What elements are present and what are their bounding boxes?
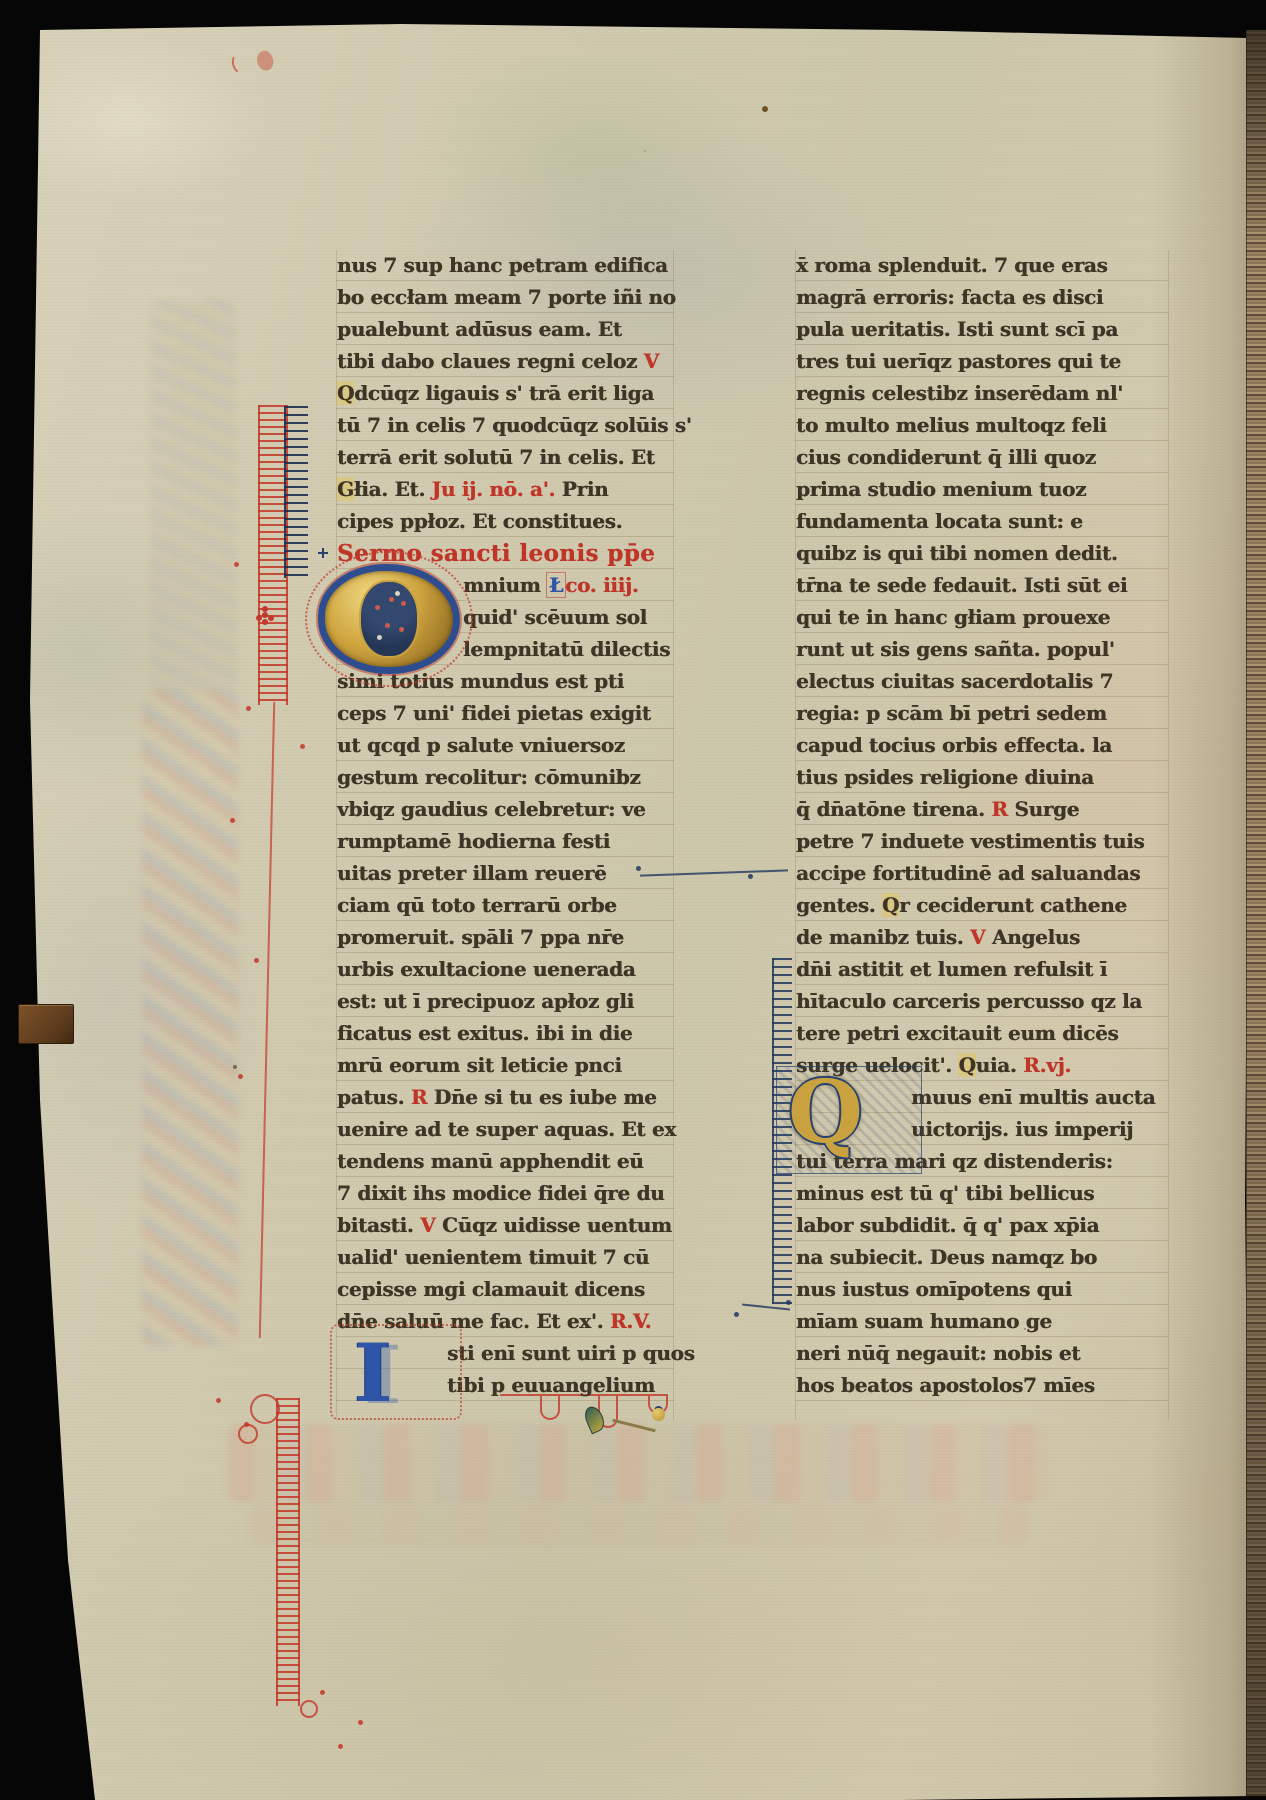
text-run-ink: muus enī multis aucta [911, 1085, 1155, 1109]
text-line: rumptamē hodierna festi [337, 826, 673, 858]
text-run-ink: gestum recolitur: cōmunibz [337, 765, 640, 789]
text-run-ink: mrū eorum sit leticie pnci [337, 1053, 622, 1077]
text-run-ink: bo eccłam meam 7 porte iñi no [337, 285, 676, 309]
red-penwork-flower [262, 612, 268, 618]
text-line: pualebunt adūsus eam. Et [337, 314, 673, 346]
text-run-ink: regia: p scām bī petri sedem [796, 701, 1107, 725]
photo-backdrop: nus 7 sup hanc petram edificabo eccłam m… [0, 0, 1266, 1800]
text-line: ualid' uenientem timuit 7 cū [337, 1242, 673, 1274]
leather-index-tab [18, 1004, 74, 1044]
text-run-ink: bitasti. [337, 1213, 420, 1237]
text-run-ink: fundamenta locata sunt: e [796, 509, 1083, 533]
text-line: nus 7 sup hanc petram edifica [337, 250, 673, 282]
text-line: prima studio menium tuoz [796, 474, 1168, 506]
red-penwork-curl [300, 1700, 318, 1718]
gold-ball-sprig [652, 1408, 665, 1421]
bleedthrough-bottom-border-2 [250, 1505, 1030, 1545]
illuminated-initial-q: Q [786, 1074, 912, 1166]
sprig-stem [612, 1419, 655, 1433]
bleedthrough-bottom-border [228, 1424, 1050, 1502]
text-run-red: V [970, 925, 992, 949]
text-line: runt ut sis gens sañta. popul' [796, 634, 1168, 666]
text-run-ink: ualid' uenientem timuit 7 cū [337, 1245, 649, 1269]
text-run-ink: cepisse mgi clamauit dicens [337, 1277, 645, 1301]
illuminated-initial-o: O [318, 564, 460, 674]
text-line: Qdcūqz ligauis s' trā erit liga [337, 378, 673, 410]
text-line: tibi dabo claues regni celoz V [337, 346, 673, 378]
text-line: est: ut ī precipuoz apłoz gli [337, 986, 673, 1018]
text-run-ink: mnium [463, 573, 547, 597]
text-run-yl: Q [958, 1053, 975, 1077]
text-run-red: R.vj. [1023, 1053, 1071, 1077]
blue-star-mark [318, 548, 328, 558]
text-line: regnis celestibz inserēdam nl' [796, 378, 1168, 410]
text-line: labor subdidit. q̄ q' pax xp̄ia [796, 1210, 1168, 1242]
text-run-ink: dcūqz ligauis s' trā erit liga [354, 381, 654, 405]
text-line: patus. R Dn̄e si tu es iube me [337, 1082, 673, 1114]
text-run-ink: magrā erroris: facta es disci [796, 285, 1103, 309]
text-line: tr̄na te sede fedauit. Isti sūt ei [796, 570, 1168, 602]
text-run-ink: patus. [337, 1085, 411, 1109]
text-run-ink: r ceciderunt cathene [899, 893, 1127, 917]
text-line: magrā erroris: facta es disci [796, 282, 1168, 314]
text-line: cipes ppłoz. Et constitues. [337, 506, 673, 538]
text-run-ink: tius psides religione diuina [796, 765, 1094, 789]
text-run-ink: q̄ dn̄atōne tirena. [796, 797, 991, 821]
text-line: quibz is qui tibi nomen dedit. [796, 538, 1168, 570]
red-penwork-curl [250, 1394, 280, 1424]
initial-letter-q: Q [788, 1062, 863, 1163]
text-line: ficatus est exitus. ibi in die [337, 1018, 673, 1050]
text-run-red: R [411, 1085, 434, 1109]
initial-letter-o: O [318, 564, 460, 674]
text-run-ink: capud tocius orbis effecta. la [796, 733, 1112, 757]
text-run-ink: tres tui uerīqz pastores qui te [796, 349, 1121, 373]
text-run-ink: uenire ad te super aquas. Et ex [337, 1117, 676, 1141]
text-run-ink: nus iustus omīpotens qui [796, 1277, 1072, 1301]
text-line: urbis exultacione uenerada [337, 954, 673, 986]
text-run-ink: petre 7 induete vestimentis tuis [796, 829, 1144, 853]
text-run-ink: regnis celestibz inserēdam nl' [796, 381, 1123, 405]
text-line: q̄ dn̄atōne tirena. R Surge [796, 794, 1168, 826]
text-line: nus iustus omīpotens qui [796, 1274, 1168, 1306]
text-run-ink: pula ueritatis. Isti sunt scī pa [796, 317, 1118, 341]
text-run-ink: hos beatos apostolos7 mīes [796, 1373, 1095, 1397]
text-run-ink: ciam qū toto terrarū orbe [337, 893, 617, 917]
text-line: tres tui uerīqz pastores qui te [796, 346, 1168, 378]
text-run-ink: mīam suam humano ge [796, 1309, 1052, 1333]
text-run-ink: Cūqz uidisse uentum [442, 1213, 672, 1237]
text-line: na subiecit. Deus namqz bo [796, 1242, 1168, 1274]
text-line: neri nūq̄ negauit: nobis et [796, 1338, 1168, 1370]
illuminated-initial-i: I [344, 1334, 448, 1410]
text-run-ink: de manibz tuis. [796, 925, 970, 949]
red-flourish-frame [330, 1324, 462, 1420]
text-run-ink: neri nūq̄ negauit: nobis et [796, 1341, 1080, 1365]
text-run-ink: Prin [562, 477, 609, 501]
text-line: bo eccłam meam 7 porte iñi no [337, 282, 673, 314]
text-run-ink: promeruit. spāli 7 ppa nr̄e [337, 925, 624, 949]
text-run-ink: ceps 7 uni' fidei pietas exigit [337, 701, 651, 725]
text-run-ink: na subiecit. Deus namqz bo [796, 1245, 1097, 1269]
text-run-red: R.V. [610, 1309, 651, 1333]
text-run-ink: minus est tū q' tibi bellicus [796, 1181, 1094, 1205]
text-run-ink: Angelus [992, 925, 1080, 949]
text-run-yl: G [337, 477, 354, 501]
text-line: qui te in hanc głiam prouexe [796, 602, 1168, 634]
initial-letter-i: I [354, 1326, 391, 1420]
text-line: petre 7 induete vestimentis tuis [796, 826, 1168, 858]
text-line: ciam qū toto terrarū orbe [337, 890, 673, 922]
text-run-ink: dn̄i astitit et lumen refulsit ī [796, 957, 1107, 981]
text-line: vbiqz gaudius celebretur: ve [337, 794, 673, 826]
text-run-yl: Q [337, 381, 354, 405]
text-run-red: R [991, 797, 1014, 821]
text-line: tius psides religione diuina [796, 762, 1168, 794]
text-line: dn̄i astitit et lumen refulsit ī [796, 954, 1168, 986]
text-line: tere petri excitauit eum dicēs [796, 1018, 1168, 1050]
red-penwork-ladder-horizontal [0, 0, 298, 22]
red-penwork-dots [234, 562, 239, 567]
text-run-ink: sti enī sunt uiri p quos [447, 1341, 695, 1365]
column-b: x̄ roma splenduit. 7 que erasmagrā error… [795, 250, 1169, 1420]
text-run-ink: ut qcqd p salute vniuersoz [337, 733, 625, 757]
red-penwork-ladder-lower [276, 1398, 300, 1706]
book-fore-edge [1246, 30, 1266, 1796]
text-run-ink: tr̄na te sede fedauit. Isti sūt ei [796, 573, 1127, 597]
text-run-ink: qui te in hanc głiam prouexe [796, 605, 1110, 629]
text-line: electus ciuitas sacerdotalis 7 [796, 666, 1168, 698]
text-run-ink: rumptamē hodierna festi [337, 829, 610, 853]
text-run-ink: prima studio menium tuoz [796, 477, 1086, 501]
text-line: terrā erit solutū 7 in celis. Et [337, 442, 673, 474]
text-run-ink: vbiqz gaudius celebretur: ve [337, 797, 645, 821]
text-line: accipe fortitudinē ad saluandas [796, 858, 1168, 890]
text-run-red: Ju ij. nō. a'. [432, 477, 562, 501]
text-run-red: co. iiij. [565, 573, 638, 597]
red-penwork-wavy-line [259, 702, 275, 1338]
text-line: gestum recolitur: cōmunibz [337, 762, 673, 794]
text-line: pula ueritatis. Isti sunt scī pa [796, 314, 1168, 346]
text-run-ink: cipes ppłoz. Et constitues. [337, 509, 622, 533]
text-run-ink: uia. [976, 1053, 1024, 1077]
text-run-ink: pualebunt adūsus eam. Et [337, 317, 622, 341]
text-run-ink: cius condiderunt q̄ illi quoz [796, 445, 1096, 469]
text-run-ink: uitas preter illam reuerē [337, 861, 606, 885]
text-line: uitas preter illam reuerē [337, 858, 673, 890]
text-line: de manibz tuis. V Angelus [796, 922, 1168, 954]
text-run-ink: łia. Et. [354, 477, 432, 501]
text-line: cius condiderunt q̄ illi quoz [796, 442, 1168, 474]
text-line: Głia. Et. Ju ij. nō. a'. Prin [337, 474, 673, 506]
text-run-ink: tendens manū apphendit eū [337, 1149, 643, 1173]
text-run-ink: Surge [1014, 797, 1079, 821]
blue-penwork-antenna [742, 1303, 790, 1310]
text-run-ink: uictorijs. ius imperij [911, 1117, 1133, 1141]
text-run-ink: Dn̄e si tu es iube me [434, 1085, 657, 1109]
parchment-leaf: nus 7 sup hanc petram edificabo eccłam m… [0, 0, 1266, 1800]
wormhole-specks [762, 106, 768, 112]
text-run-ink: urbis exultacione uenerada [337, 957, 635, 981]
text-line: ut qcqd p salute vniuersoz [337, 730, 673, 762]
text-line: regia: p scām bī petri sedem [796, 698, 1168, 730]
text-line: ceps 7 uni' fidei pietas exigit [337, 698, 673, 730]
text-run-ink: ficatus est exitus. ibi in die [337, 1021, 632, 1045]
text-line: gentes. Qr ceciderunt cathene [796, 890, 1168, 922]
red-penwork-curl [238, 1424, 258, 1444]
red-margin-squiggle [229, 50, 252, 76]
text-line: uenire ad te super aquas. Et ex [337, 1114, 673, 1146]
text-line: bitasti. V Cūqz uidisse uentum [337, 1210, 673, 1242]
text-line: hītaculo carceris percusso qz la [796, 986, 1168, 1018]
bleedthrough-left-upper [150, 300, 236, 690]
text-line: fundamenta locata sunt: e [796, 506, 1168, 538]
text-run-ink: accipe fortitudinē ad saluandas [796, 861, 1140, 885]
text-run-ink: tū 7 in celis 7 quodcūqz solūis s' [337, 413, 692, 437]
text-run-ink: 7 dixit ihs modice fidei q̄re du [337, 1181, 664, 1205]
text-run-ink: terrā erit solutū 7 in celis. Et [337, 445, 655, 469]
text-run-ink: tibi p euuangelium [447, 1373, 655, 1397]
text-line: mīam suam humano ge [796, 1306, 1168, 1338]
text-run-yl: Q [882, 893, 899, 917]
text-run-ink: tibi dabo claues regni celoz [337, 349, 644, 373]
text-line: capud tocius orbis effecta. la [796, 730, 1168, 762]
text-run-ink: est: ut ī precipuoz apłoz gli [337, 989, 634, 1013]
text-run-ink: to multo melius multoqz feli [796, 413, 1107, 437]
text-run-ink: runt ut sis gens sañta. popul' [796, 637, 1115, 661]
blue-penwork-chain [284, 406, 308, 578]
text-line: cepisse mgi clamauit dicens [337, 1274, 673, 1306]
text-line: tū 7 in celis 7 quodcūqz solūis s' [337, 410, 673, 442]
text-line: promeruit. spāli 7 ppa nr̄e [337, 922, 673, 954]
text-run-ink: electus ciuitas sacerdotalis 7 [796, 669, 1113, 693]
text-run-ink: nus 7 sup hanc petram edifica [337, 253, 668, 277]
text-run-ink: labor subdidit. q̄ q' pax xp̄ia [796, 1213, 1099, 1237]
text-run-lectio: Ł [547, 573, 565, 597]
text-line: x̄ roma splenduit. 7 que eras [796, 250, 1168, 282]
column-a: nus 7 sup hanc petram edificabo eccłam m… [336, 250, 674, 1420]
text-line: to multo melius multoqz feli [796, 410, 1168, 442]
text-line: minus est tū q' tibi bellicus [796, 1178, 1168, 1210]
text-run-ink: gentes. [796, 893, 882, 917]
text-run-ink: x̄ roma splenduit. 7 que eras [796, 253, 1107, 277]
text-run-ink: hītaculo carceris percusso qz la [796, 989, 1142, 1013]
text-line: hos beatos apostolos7 mīes [796, 1370, 1168, 1402]
text-line: mrū eorum sit leticie pnci [337, 1050, 673, 1082]
text-run-red: V [644, 349, 659, 373]
bleedthrough-left-border [142, 690, 238, 1345]
text-run-ink: lempnitatū dilectis [463, 637, 670, 661]
text-run-ink: quibz is qui tibi nomen dedit. [796, 541, 1117, 565]
text-line: 7 dixit ihs modice fidei q̄re du [337, 1178, 673, 1210]
text-run-ink: quid' scēuum sol [463, 605, 647, 629]
text-run-ink: tere petri excitauit eum dicēs [796, 1021, 1118, 1045]
text-run-red: V [420, 1213, 442, 1237]
text-line: tendens manū apphendit eū [337, 1146, 673, 1178]
